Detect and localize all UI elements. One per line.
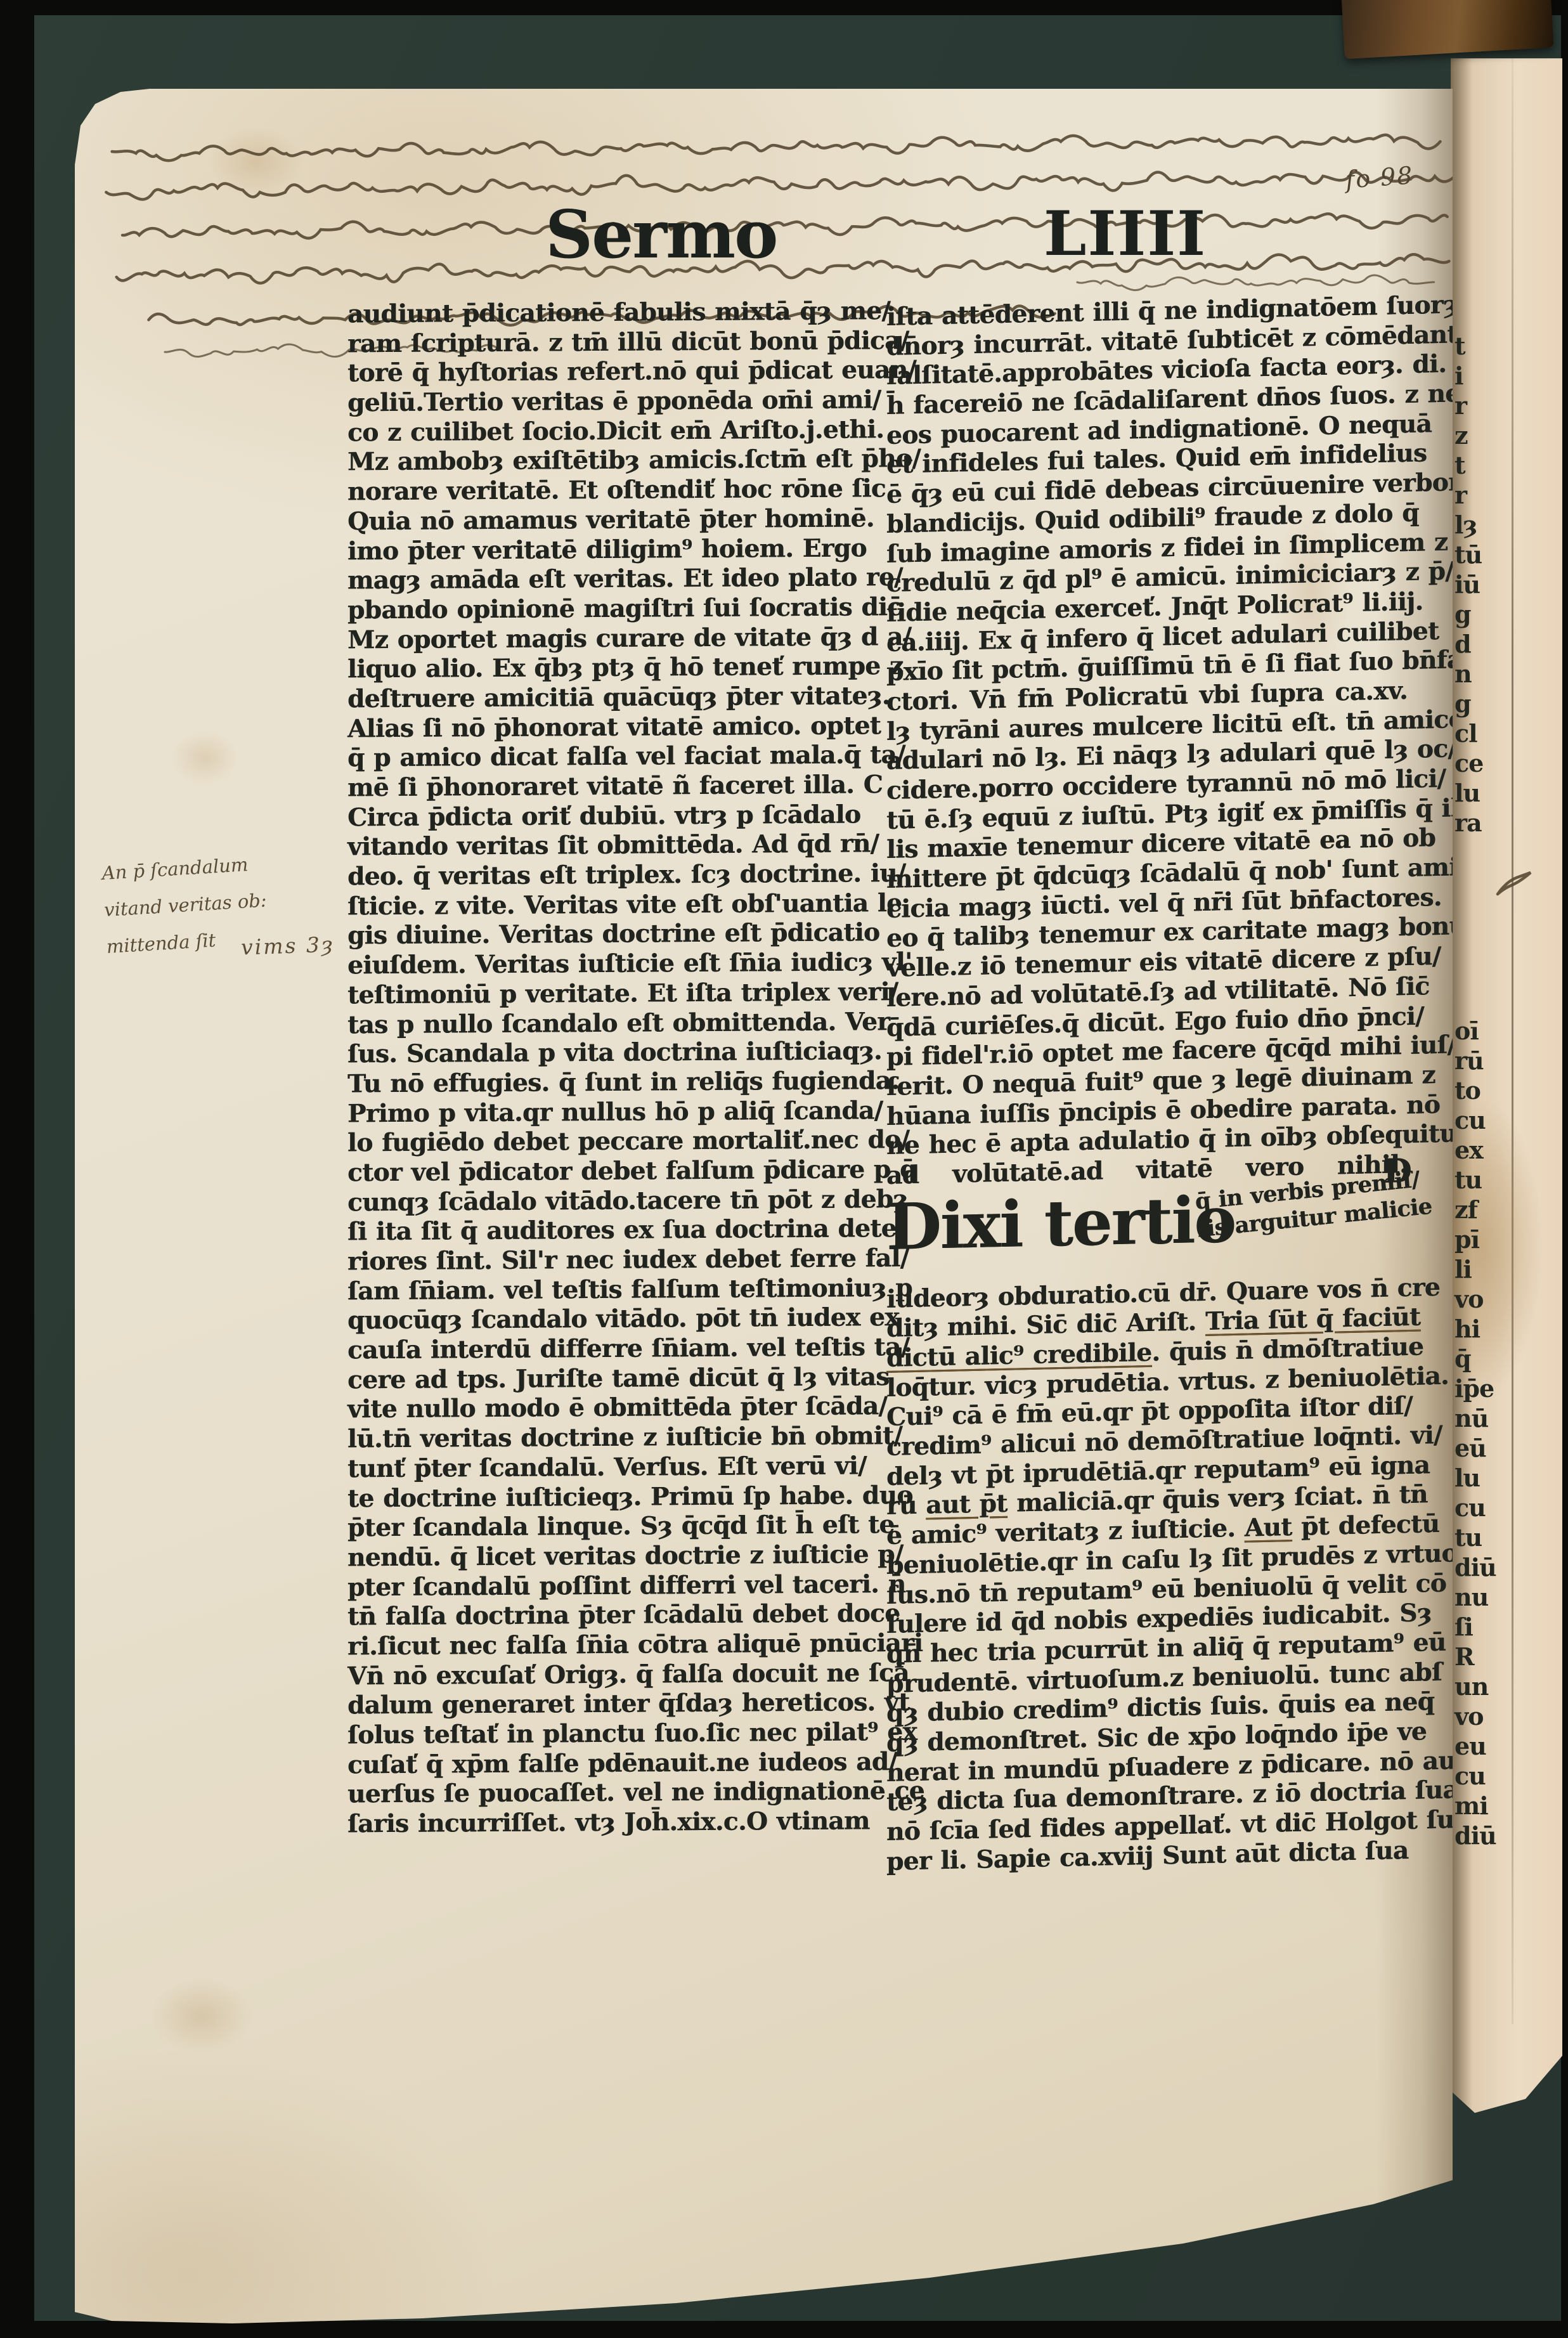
facing-text-fragment: to bbox=[1455, 1075, 1505, 1105]
stain bbox=[151, 1978, 252, 2055]
facing-text-fragment: iū bbox=[1455, 569, 1505, 599]
facing-text-fragment: pī bbox=[1455, 1224, 1505, 1254]
facing-text-fragment: d bbox=[1455, 629, 1505, 659]
facing-text-fragment: i bbox=[1455, 361, 1505, 391]
text-line: liquo alio. Ex q̄bȝ ptȝ q̄ hō teneť rump… bbox=[347, 652, 846, 684]
text-line: uerſus ſe puocaſſet. vel ne indignationē… bbox=[347, 1777, 846, 1809]
text-line: te doctrine iuſticieqȝ. Primū ſp habe. d… bbox=[347, 1481, 846, 1513]
facing-text-fragment: r bbox=[1455, 391, 1505, 420]
text-line: ram ſcripturā. z tm̄ illū dicūt bonū p̄d… bbox=[347, 326, 846, 358]
text-line: cere ad tps. Juriſte tamē dicūt q̄ lȝ vi… bbox=[347, 1362, 846, 1394]
facing-text-fragment: ſi bbox=[1455, 1612, 1505, 1642]
facing-text-fragment: tu bbox=[1455, 1165, 1505, 1195]
text-line: mē ſi p̄honoraret vitatē ñ faceret illa.… bbox=[347, 770, 846, 803]
text-line: ctor vel p̄dicator debet falſum p̄dicare… bbox=[347, 1155, 846, 1188]
text-line: audiunt p̄dicationē fabulis mixtā q̄ȝ me… bbox=[347, 297, 846, 329]
facing-text-fragment: tū bbox=[1455, 540, 1505, 569]
facing-text-fragment: ra bbox=[1455, 808, 1505, 838]
facing-text-fragment: lu bbox=[1455, 778, 1505, 808]
handwriting-folio-ref: fo 98 bbox=[1345, 161, 1415, 193]
facing-page-crease bbox=[1512, 58, 1513, 2024]
text-line: vitando veritas ſit obmittēda. Ad q̄d rn… bbox=[347, 829, 846, 862]
text-line: ſaris incurriſſet. vtȝ Joh̄.xix.c.O vtin… bbox=[347, 1807, 846, 1839]
facing-text-fragment: un bbox=[1455, 1672, 1505, 1701]
facing-text-fragment: ex bbox=[1455, 1135, 1505, 1165]
facing-text-fragment: R bbox=[1455, 1642, 1505, 1672]
text-line: tunť p̄ter ſcandalū. Verſus. Eſt verū vi… bbox=[347, 1451, 846, 1483]
facing-text-fragment: eū bbox=[1455, 1433, 1505, 1463]
facing-fragments-upper: tirztrlȝtūiūgdngclcelura bbox=[1455, 331, 1505, 838]
underlined-phrase: Tria ſūt q̄ faciūt bbox=[1205, 1302, 1420, 1336]
text-line: lū.tn̄ veritas doctrine z iuſticie bn̄ o… bbox=[347, 1422, 846, 1454]
text-line: ri.ſicut nec falſa ſn̄ia cōtra aliquē pn… bbox=[347, 1629, 846, 1661]
facing-fragments-lower: oīrūtocuextuzfpīlivohiq̄ip̄enūeūlucutudi… bbox=[1455, 1016, 1505, 1850]
text-line: Alias ſi nō p̄honorat vitatē amico. opte… bbox=[347, 711, 846, 743]
pen-mark-icon bbox=[1493, 870, 1537, 902]
text-line: gis diuine. Veritas doctrine eſt p̄dicat… bbox=[347, 918, 846, 951]
facing-text-fragment: mi bbox=[1455, 1791, 1505, 1821]
facing-text-fragment: cl bbox=[1455, 718, 1505, 748]
text-line: imo p̄ter veritatē diligim⁹ hoiem. Ergo bbox=[347, 533, 846, 566]
facing-text-fragment: zf bbox=[1455, 1195, 1505, 1224]
text-line: Mz oportet magis curare de vitate q̄ȝ d … bbox=[347, 622, 846, 654]
right-column-after: iudeorȝ obduratio.cū dr̄. Quare vos n̄ c… bbox=[886, 1273, 1408, 1877]
text-line: Mz ambobȝ exiſtētibȝ amicis.ſctm̄ eſt p̄… bbox=[347, 445, 846, 477]
running-head: Sermo LIIII bbox=[75, 195, 1453, 271]
right-column: iſta attēderent illi q̄ ne indignatōem ſ… bbox=[886, 291, 1408, 1876]
text-line: riores ſint. Sil'r nec iudex debet ferre… bbox=[347, 1244, 846, 1276]
page-title: Sermo bbox=[545, 195, 777, 273]
handwriting-stroke bbox=[112, 132, 1441, 162]
leaf-numeral: LIIII bbox=[1044, 198, 1207, 270]
facing-text-fragment: cu bbox=[1455, 1493, 1505, 1523]
facing-text-fragment: n bbox=[1455, 659, 1505, 689]
text-line: dalum generaret inter q̄ſdaȝ hereticos. … bbox=[347, 1688, 846, 1720]
facing-text-fragment: lu bbox=[1455, 1463, 1505, 1493]
facing-text-fragment: nū bbox=[1455, 1403, 1505, 1433]
text-line: torē q̄ hyſtorias refert.nō qui p̄dicat … bbox=[347, 356, 846, 388]
underlined-phrase: aut p̄t bbox=[926, 1489, 1007, 1520]
text-line: quocūqȝ ſcandalo vitādo. pōt tn̄ iudex e… bbox=[347, 1303, 846, 1335]
handwriting-stroke bbox=[1077, 275, 1434, 291]
facing-text-fragment: t bbox=[1455, 450, 1505, 480]
facing-text-fragment: rū bbox=[1455, 1046, 1505, 1075]
text-line: Quia nō amamus veritatē p̄ter hominē. bbox=[347, 503, 846, 536]
facing-text-fragment: diū bbox=[1455, 1821, 1505, 1850]
facing-text-fragment: g bbox=[1455, 599, 1505, 629]
text-line: vite nullo modo ē obmittēda p̄ter ſcāda/ bbox=[347, 1392, 846, 1424]
facing-text-fragment: vo bbox=[1455, 1284, 1505, 1314]
facing-text-fragment: z bbox=[1455, 420, 1505, 450]
facing-text-fragment: diū bbox=[1455, 1552, 1505, 1582]
facing-text-fragment: nu bbox=[1455, 1582, 1505, 1612]
facing-text-fragment: lȝ bbox=[1455, 510, 1505, 540]
text-line: Primo p vita.qr nullus hō p aliq̄ ſcanda… bbox=[347, 1096, 846, 1128]
text-line: q̄ p amico dicat falſa vel faciat mala.q… bbox=[347, 741, 846, 773]
handwriting-margin-extra: vims 3ȝ bbox=[240, 932, 334, 959]
facing-text-fragment: tu bbox=[1455, 1523, 1505, 1552]
text-line: Tu nō effugies. q̄ ſunt in reliq̄s fugie… bbox=[347, 1066, 846, 1098]
facing-text-fragment: hi bbox=[1455, 1314, 1505, 1344]
text-line: ſi ita ſit q̄ auditores ex ſua doctrina … bbox=[347, 1214, 846, 1247]
text-line: cunqȝ ſcādalo vitādo.tacere tn̄ pōt z de… bbox=[347, 1185, 846, 1217]
section-heading: Dixi tertio bbox=[886, 1182, 1235, 1264]
text-line: ſus. Scandala p vita doctrina iuſticiaqȝ… bbox=[347, 1037, 846, 1069]
facing-text-fragment: li bbox=[1455, 1254, 1505, 1284]
facing-text-fragment: eu bbox=[1455, 1731, 1505, 1761]
text-line: deo. q̄ veritas eſt triplex. ſcȝ doctrin… bbox=[347, 859, 846, 892]
section-heading-row: Dixi tertio q̄ in verbis premiſ/ ſis arg… bbox=[886, 1183, 1408, 1283]
book-page: fo 98 Sermo LIIII An p̄ ſcandalumvitand … bbox=[75, 89, 1453, 2338]
text-line: norare veritatē. Et oſtendiť hoc rōne ſi… bbox=[347, 474, 846, 507]
text-line: cauſa interdū differre ſn̄iam. vel teſti… bbox=[347, 1333, 846, 1365]
facing-text-fragment: vo bbox=[1455, 1701, 1505, 1731]
facing-text-fragment: ce bbox=[1455, 748, 1505, 778]
facing-text-fragment: q̄ bbox=[1455, 1344, 1505, 1374]
text-line: pter ſcandalū poſſint differri vel tacer… bbox=[347, 1569, 846, 1602]
text-line: ſticie. z vite. Veritas vite eſt obſ'uan… bbox=[347, 888, 846, 921]
text-line: p̄ter ſcandala linque. Sȝ q̄cq̄d ſit h̄ … bbox=[347, 1510, 846, 1543]
text-line: ſolus teſtať in planctu ſuo.ſic nec pila… bbox=[347, 1718, 846, 1750]
facing-text-fragment: t bbox=[1455, 331, 1505, 361]
text-line: nendū. q̄ licet veritas doctrie z iuſtic… bbox=[347, 1540, 846, 1572]
text-line: deſtruere amicitiā quācūqȝ p̄ter vitateȝ… bbox=[347, 682, 846, 714]
text-line: Circa p̄dicta oriť dubiū. vtrȝ p ſcādalo bbox=[347, 800, 846, 832]
text-line: pbando opinionē magiſtri ſui ſocratis di… bbox=[347, 592, 846, 625]
facing-text-fragment: cu bbox=[1455, 1761, 1505, 1791]
text-line: ſam ſn̄iam. vel teſtis falſum teſtimoniu… bbox=[347, 1273, 846, 1306]
underlined-phrase: Aut bbox=[1245, 1512, 1292, 1543]
text-line: teſtimoniū p veritate. Et iſta triplex v… bbox=[347, 977, 846, 1010]
facing-text-fragment: ip̄e bbox=[1455, 1374, 1505, 1403]
text-line: eiuſdem. Veritas iuſticie eſt ſn̄ia iudi… bbox=[347, 948, 846, 980]
facing-text-fragment: cu bbox=[1455, 1105, 1505, 1135]
facing-text-fragment: g bbox=[1455, 689, 1505, 718]
text-line: tas p nullo ſcandalo eſt obmittenda. Ver bbox=[347, 1007, 846, 1039]
text-line: co z cuilibet ſocio.Dicit em̄ Ariſto.j.e… bbox=[347, 415, 846, 447]
facing-page-edge: tirztrlȝtūiūgdngclcelura oīrūtocuextuzfp… bbox=[1451, 58, 1562, 2120]
scan-scene: tirztrlȝtūiūgdngclcelura oīrūtocuextuzfp… bbox=[0, 0, 1568, 2338]
guide-letter: D bbox=[1383, 1152, 1412, 1191]
underlined-phrase: dictū alic⁹ credibile bbox=[886, 1338, 1151, 1373]
text-line: magȝ amāda eſt veritas. Et ideo plato re… bbox=[347, 563, 846, 595]
text-line: geliū.Tertio veritas ē pponēda om̄i ami/ bbox=[347, 386, 846, 418]
left-column: audiunt p̄dicationē fabulis mixtā q̄ȝ me… bbox=[347, 297, 846, 1840]
facing-text-fragment: oī bbox=[1455, 1016, 1505, 1046]
facing-text-fragment: r bbox=[1455, 480, 1505, 510]
text-line: Vn̄ nō excuſať Origȝ. q̄ falſa docuit ne… bbox=[347, 1658, 846, 1691]
right-column-before: iſta attēderent illi q̄ ne indignatōem ſ… bbox=[886, 291, 1408, 1191]
text-line: lo fugiēdo debet peccare mortaliť.nec do… bbox=[347, 1126, 846, 1158]
text-line: cuſať q̄ xp̄m falſe pdēnauit.ne iudeos a… bbox=[347, 1747, 846, 1779]
text-line: tn̄ falſa doctrina p̄ter ſcādalū debet d… bbox=[347, 1599, 846, 1632]
stain bbox=[170, 729, 240, 786]
